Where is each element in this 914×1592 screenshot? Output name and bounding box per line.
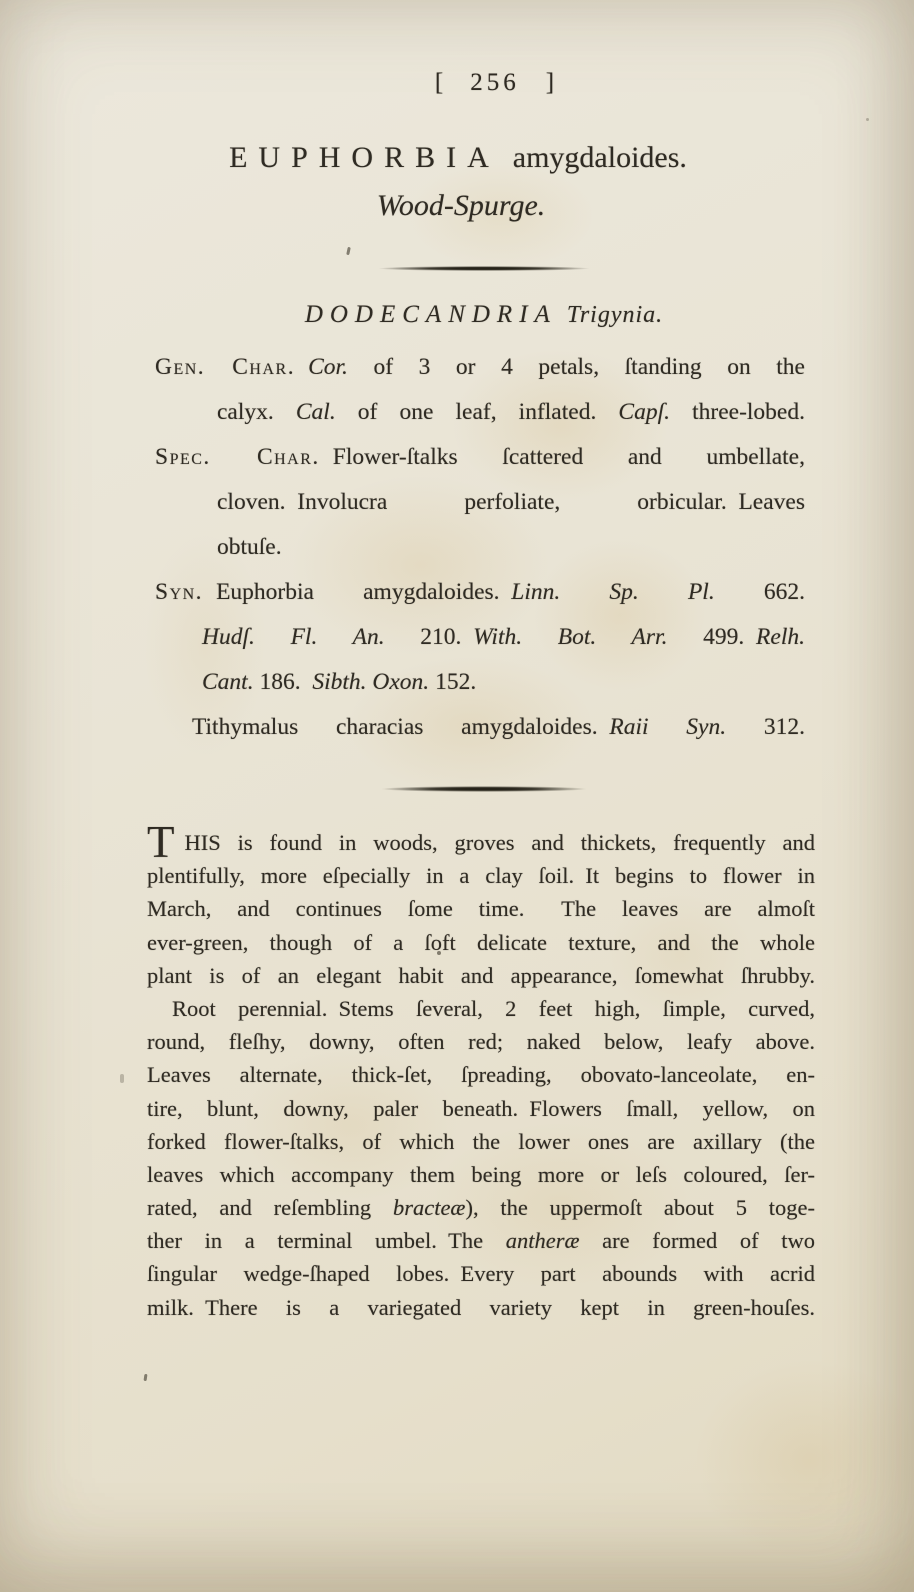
citation-linn: Linn. Sp. Pl. bbox=[511, 579, 714, 605]
section-label-syn: Syn. bbox=[155, 579, 203, 605]
para2-line-3: Leaves alternate, thick-ſet, ſpreading, … bbox=[147, 1058, 815, 1091]
species-title: EUPHORBIAamygdaloides. bbox=[1, 141, 914, 175]
citation-cant: Cant. bbox=[202, 669, 254, 695]
species-epithet: amygdaloides. bbox=[513, 141, 687, 174]
para2-line-2: round, fleſhy, downy, often red; naked b… bbox=[147, 1025, 815, 1058]
bottom-divider-rule bbox=[380, 786, 588, 792]
syn-line-1: Syn.Euphorbia amygdaloides. Linn. Sp. Pl… bbox=[155, 570, 805, 615]
text-run: Flower-ſtalks ſcattered and umbellate, bbox=[333, 444, 805, 470]
citation-sibth: Sibth. Oxon. bbox=[312, 669, 429, 695]
ink-speck bbox=[346, 247, 351, 255]
term-antherae: antheræ bbox=[506, 1228, 580, 1253]
spec-char-line-1: Spec. Char.Flower-ſtalks ſcattered and u… bbox=[155, 435, 805, 480]
folio-number: 256 bbox=[470, 69, 520, 96]
spec-char-line-3: obtuſe. bbox=[155, 525, 805, 570]
text-run: 499. bbox=[667, 624, 756, 650]
gen-char-line-1: Gen. Char.Cor. of 3 or 4 petals, ſtandin… bbox=[155, 345, 805, 390]
citation-with: With. Bot. Arr. bbox=[473, 624, 667, 650]
text-run: three-lobed. bbox=[670, 399, 805, 425]
gen-char-line-2: calyx. Cal. of one leaf, inflated. Capſ.… bbox=[155, 390, 805, 435]
text-run: of 3 or 4 petals, ſtanding on the bbox=[348, 354, 805, 380]
genus-name: EUPHORBIA bbox=[229, 141, 500, 174]
para2-line-4: tire, blunt, downy, paler beneath. Flowe… bbox=[147, 1092, 815, 1125]
syn-line-2: Hudſ. Fl. An. 210. With. Bot. Arr. 499. … bbox=[155, 615, 805, 660]
body-text: THIS is found in woods, groves and thick… bbox=[147, 826, 815, 1324]
citation-relh: Relh. bbox=[756, 624, 805, 650]
para2-line-9: ſingular wedge-ſhaped lobes. Every part … bbox=[147, 1257, 815, 1290]
para1-line-3: March, and continues ſome time. The leav… bbox=[147, 892, 815, 925]
text-run: 152. bbox=[429, 669, 476, 695]
section-label-spec-char: Spec. Char. bbox=[155, 444, 320, 470]
para2-line-10: milk. There is a variegated variety kept… bbox=[147, 1291, 815, 1324]
text-run: ), the uppermoſt about 5 toge- bbox=[465, 1195, 815, 1220]
ink-speck bbox=[866, 118, 869, 121]
common-name: Wood-Spurge. bbox=[4, 189, 914, 223]
para1-line-2: plentifully, more eſpecially in a clay ſ… bbox=[147, 859, 815, 892]
para2-line-7: rated, and reſembling bracteæ), the uppe… bbox=[147, 1191, 815, 1224]
text-run: 662. bbox=[715, 579, 805, 605]
text-run: 210. bbox=[385, 624, 474, 650]
ink-speck bbox=[120, 1074, 124, 1083]
text-run: are formed of two bbox=[580, 1228, 816, 1253]
section-label-gen-char: Gen. Char. bbox=[155, 354, 295, 380]
abbrev-cal: Cal. bbox=[296, 399, 336, 425]
para2-line-1: Root perennial. Stems ſeveral, 2 feet hi… bbox=[147, 992, 815, 1025]
text-run: HIS is found in woods, groves and thicke… bbox=[185, 830, 816, 855]
vignette-overlay bbox=[0, 0, 914, 1592]
classification-line: DODECANDRIATrigynia. bbox=[27, 301, 914, 329]
syn-line-3: Cant. 186. Sibth. Oxon. 152. bbox=[155, 660, 805, 705]
book-page-scan: [256] EUPHORBIAamygdaloides. Wood-Spurge… bbox=[0, 0, 914, 1592]
para1-line-5: plant is of an elegant habit and appeara… bbox=[147, 959, 815, 992]
para1-line-1: THIS is found in woods, groves and thick… bbox=[147, 826, 815, 859]
order-name: Trigynia. bbox=[567, 302, 663, 328]
folio-bracket-open: [ bbox=[435, 69, 444, 96]
spec-char-line-2: cloven. Involucra perfoliate, orbicular.… bbox=[155, 480, 805, 525]
page-number: [256] bbox=[38, 69, 914, 97]
folio-bracket-close: ] bbox=[546, 69, 555, 96]
syn-line-4: Tithymalus characias amygdaloides. Raii … bbox=[155, 705, 805, 750]
paper-stain bbox=[650, 1320, 914, 1592]
text-run: Euphorbia amygdaloides. bbox=[216, 579, 511, 605]
character-section: Gen. Char.Cor. of 3 or 4 petals, ſtandin… bbox=[155, 345, 805, 750]
para2-line-5: forked flower-ſtalks, of which the lower… bbox=[147, 1125, 815, 1158]
text-run: ther in a terminal umbel. The bbox=[147, 1228, 506, 1253]
para2-line-8: ther in a terminal umbel. The antheræ ar… bbox=[147, 1224, 815, 1257]
citation-raii: Raii Syn. bbox=[609, 714, 726, 740]
text-run: Tithymalus characias amygdaloides. bbox=[192, 714, 609, 740]
text-run: 186. bbox=[254, 669, 313, 695]
top-divider-rule bbox=[377, 266, 591, 271]
abbrev-caps: Capſ. bbox=[618, 399, 670, 425]
abbrev-cor: Cor. bbox=[308, 354, 348, 380]
para2-line-6: leaves which accompany them being more o… bbox=[147, 1158, 815, 1191]
term-bracteae: bracteæ bbox=[393, 1195, 466, 1220]
para1-line-4: ever-green, though of a ſoft delicate te… bbox=[147, 926, 815, 959]
ink-speck bbox=[437, 951, 441, 955]
text-run: 312. bbox=[726, 714, 805, 740]
class-name: DODECANDRIA bbox=[305, 301, 557, 328]
citation-huds: Hudſ. Fl. An. bbox=[202, 624, 385, 650]
text-run: calyx. bbox=[217, 399, 296, 425]
text-run: of one leaf, inflated. bbox=[336, 399, 619, 425]
ink-speck bbox=[144, 1374, 148, 1381]
text-run: rated, and reſembling bbox=[147, 1195, 393, 1220]
